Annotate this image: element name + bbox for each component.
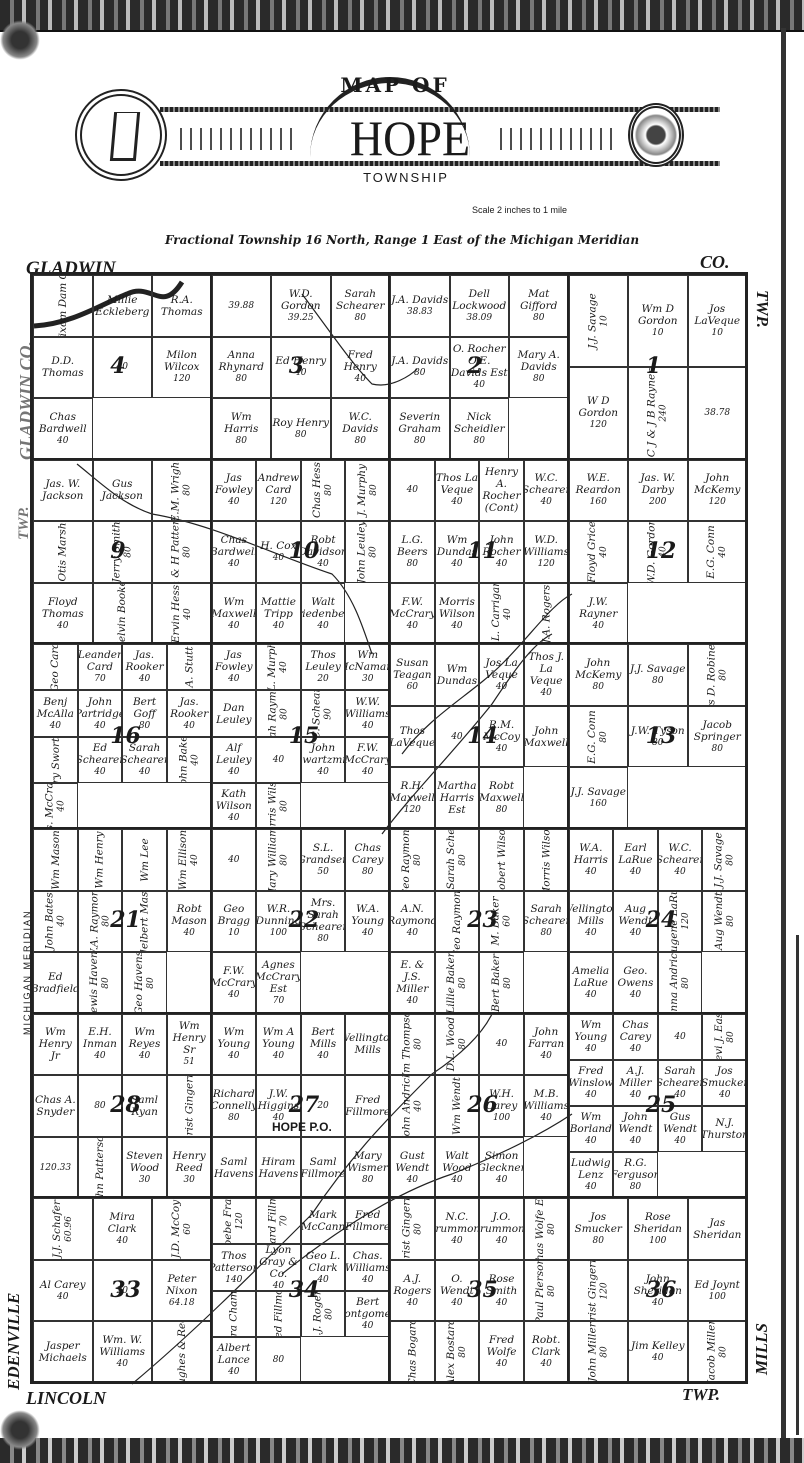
parcel-owner: Mattie Tripp <box>257 596 300 620</box>
parcel-owner: Wellington Mills <box>569 903 614 927</box>
parcel: Hughes & Reed <box>152 1321 211 1382</box>
parcel: D.L. Wood80 <box>435 1014 480 1076</box>
parcel-acres: 80 <box>412 829 424 891</box>
parcel: Dell Lockwood38.09 <box>450 275 510 337</box>
parcel: Wm Dundas <box>435 644 480 706</box>
parcel-acres: 140 <box>212 1274 257 1286</box>
section-number: 24 <box>646 907 677 933</box>
parcel-owner: John Leuley <box>356 521 368 583</box>
parcel-acres: 40 <box>674 1031 685 1043</box>
parcel-owner: E.G. Conn <box>705 525 717 579</box>
parcel-acres: 40 <box>436 1174 479 1186</box>
parcel: Thos La Veque40 <box>435 460 480 522</box>
parcel-owner: Bert Baker <box>490 954 502 1012</box>
parcel-owner: Chas Bardwell <box>34 411 92 435</box>
parcel-owner: Geo Raymond <box>400 829 412 891</box>
parcel-owner: A.J. Rogers <box>391 1273 434 1297</box>
parcel: M.B. Williams40 <box>524 1075 568 1137</box>
parcel-acres: 40 <box>345 766 389 778</box>
parcel-owner: A.N. Raymond <box>390 903 435 927</box>
parcel-owner: Hiram Havens <box>257 1156 300 1180</box>
parcel-acres: 40 <box>212 989 257 1001</box>
parcel: Morris Wilson <box>524 829 568 891</box>
parcel: Henry A. Rocher (Cont) <box>479 460 524 522</box>
parcel: Roy Henry80 <box>271 398 331 459</box>
parcel: Christ Gingerich80 <box>390 1198 435 1260</box>
parcel-owner: Christ Gingerich <box>183 1075 195 1137</box>
parcel: Bert Baker80 <box>479 952 524 1013</box>
parcel-owner: Bert Goff <box>123 696 166 720</box>
parcel-owner: L.G. Beers <box>391 534 434 558</box>
parcel-owner: Sarah Schearer <box>658 1065 703 1089</box>
parcel-acres: 160 <box>571 798 626 810</box>
parcel: W.D. Williams120 <box>524 521 568 583</box>
parcel: Floyd Grice40 <box>569 521 629 583</box>
parcel-owner: Mrs D. Robinette <box>705 644 717 706</box>
parcel-owner: Wm Young <box>570 1019 613 1043</box>
parcel-acres: 40 <box>213 766 256 778</box>
parcel-owner: Severin Graham <box>391 411 449 435</box>
section-4: Wixom Dam CoMillie EcklebergR.A. ThomasD… <box>32 274 211 459</box>
parcel: Martha Harris Est <box>435 767 480 828</box>
section-number: 33 <box>110 1277 141 1303</box>
parcel-acres: 70 <box>278 1198 290 1244</box>
parcel-acres: 40 <box>213 1366 256 1378</box>
section-15: Jas Fowley40J.L. Murphy40Thos Leuley20Wm… <box>211 643 390 828</box>
parcel-owner: Chas Carey <box>614 1019 657 1043</box>
parcel: Benj McAlla40 <box>33 690 78 736</box>
parcel-acres: 80 <box>368 464 380 516</box>
parcel-acres: 40 <box>502 583 514 644</box>
parcel-owner: Wm Harris <box>213 411 271 435</box>
parcel: 38.78 <box>688 367 747 458</box>
parcel-acres: 80 <box>182 521 194 583</box>
parcel-owner: F.W. McCrary <box>345 742 389 766</box>
parcel-owner: Sarah Schearer <box>332 288 390 312</box>
parcel-acres: 80 <box>630 675 685 687</box>
parcel: J.A. Rogers <box>524 583 568 644</box>
parcel-owner: Thos La Veque <box>436 472 479 496</box>
parcel: John McKemy120 <box>688 460 747 522</box>
parcel-owner: Mat Gifford <box>510 288 568 312</box>
parcel-owner: Ervin Hess <box>170 584 182 642</box>
parcel-acres: 10 <box>689 327 747 339</box>
parcel-owner: R.A. Thomas <box>153 294 211 318</box>
parcel-acres: 80 <box>272 429 329 441</box>
parcel-owner: J.A. Davids <box>391 355 448 367</box>
parcel: Fred Fillmore <box>345 1198 389 1244</box>
parcel-acres: 40 <box>273 754 284 766</box>
parcel-acres: 40 <box>40 1291 86 1303</box>
parcel: Wm Maxwell40 <box>212 583 257 644</box>
parcel: J.D. McCoy60 <box>152 1198 211 1260</box>
parcel-owner: Wm Ellison <box>177 830 189 890</box>
parcel: Wm Henry Sr51 <box>167 1014 211 1076</box>
parcel-owner: Geo L. Clark <box>302 1250 345 1274</box>
parcel-owner: Al Carey <box>40 1279 86 1291</box>
section-number: 16 <box>110 723 141 749</box>
parcel-owner: Wm Mason <box>49 830 61 890</box>
parcel-acres: 40 <box>480 681 523 693</box>
parcel-owner: Alf Leuley <box>213 742 256 766</box>
parcel-owner: J.O. Drummond <box>479 1211 524 1235</box>
parcel: Agnes McCrary Est70 <box>256 952 301 1013</box>
parcel-acres: 40 <box>569 1089 614 1101</box>
parcel-owner: J.L. Murphy <box>266 644 278 690</box>
parcel-owner: W D Gordon <box>570 395 628 419</box>
parcel-acres: 40 <box>168 720 211 732</box>
parcel-owner: Ludwig Lenz <box>570 1157 613 1181</box>
parcel: Kath Wilson40 <box>212 783 257 828</box>
parcel: Jas. Rooker40 <box>122 644 167 690</box>
parcel-owner: Walt Wood <box>436 1150 479 1174</box>
parcel: Wm Lee <box>122 829 167 891</box>
parcel-acres: 120 <box>680 891 692 953</box>
parcel-owner: Geo Card <box>49 644 61 690</box>
parcel-acres: 80 <box>278 829 290 891</box>
parcel-acres: 80 <box>680 952 692 1013</box>
parcel-acres: 80 <box>332 312 390 324</box>
section-number: 34 <box>289 1277 320 1303</box>
parcel: R.G. Ferguson80 <box>613 1152 658 1197</box>
section-number: 4 <box>110 353 125 379</box>
parcel-acres: 80 <box>212 1112 257 1124</box>
parcel-owner: Geo Havens <box>133 952 145 1013</box>
parcel-acres: 38.78 <box>704 407 730 419</box>
parcel-owner: Fred Fillmore <box>345 1209 389 1233</box>
parcel: Al Carey40 <box>33 1260 93 1322</box>
parcel: Geo Havens80 <box>122 952 167 1013</box>
parcel-acres: 40 <box>301 620 346 632</box>
parcel-acres: 120 <box>570 419 628 431</box>
parcel: J.L. Carrigan40 <box>479 583 524 644</box>
parcel-acres: 80 <box>301 933 346 945</box>
parcel-owner: Floyd Grice <box>586 521 598 583</box>
parcel-owner: Milon Wilcox <box>153 349 211 373</box>
parcel-owner: Jas Fowley <box>213 649 256 673</box>
parcel-acres: 10 <box>629 327 687 339</box>
parcel-acres: 80 <box>598 1322 610 1381</box>
parcel-owner: Mary Williams <box>266 829 278 891</box>
parcel-acres: 90 <box>323 690 335 736</box>
parcel: Gus Jackson <box>93 460 153 522</box>
section-36: Jos Smucker80Rose Sheridan100Jas Sherida… <box>568 1197 747 1382</box>
parcel: Ed Bradfield <box>33 952 78 1013</box>
section-33: J.J. Schafer60.96Mira Clark40J.D. McCoy6… <box>32 1197 211 1382</box>
township-map: Wixom Dam CoMillie EcklebergR.A. ThomasD… <box>30 272 748 1384</box>
parcel-owner: Phoebe Fraser <box>222 1198 234 1244</box>
parcel-acres: 40 <box>55 893 67 950</box>
parcel-acres: 40 <box>212 620 257 632</box>
parcel-owner: Thos J. La Veque <box>525 651 568 687</box>
parcel: Wm Ellison40 <box>167 829 211 891</box>
parcel-owner: Anna Rhynard <box>213 349 271 373</box>
section-16: Geo CardLeander Card70Jas. Rooker40A. St… <box>32 643 211 828</box>
decorative-border-bottom <box>0 1438 804 1463</box>
parcel: Mira Clark40 <box>93 1198 153 1260</box>
ornament-ticks <box>500 128 620 150</box>
parcel-owner: Jos Smucker <box>702 1065 746 1089</box>
parcel-owner: Wm Reyes <box>123 1026 166 1050</box>
parcel: R.A. Thomas <box>152 275 211 337</box>
parcel: Wm Young40 <box>212 1014 257 1076</box>
parcel: Lewis Havens80 <box>78 952 123 1013</box>
parcel-owner: Jas. W. Jackson <box>34 478 92 502</box>
parcel-acres: 60.96 <box>63 1200 75 1258</box>
parcel-owner: Jas. Rooker <box>168 696 211 720</box>
parcel-owner: A. Stutt <box>183 647 195 688</box>
parcel-acres: 80 <box>278 783 290 828</box>
label-south-west: EDENVILLE <box>4 1293 24 1390</box>
parcel: J.J. Savage80 <box>702 829 746 891</box>
parcel-acres: 40 <box>301 766 346 778</box>
parcel: Dan Leuley <box>212 690 257 736</box>
parcel-owner: Geo Raymond <box>451 891 463 953</box>
parcel-acres: 38.09 <box>451 312 509 324</box>
label-south-east: TWP. <box>682 1385 720 1405</box>
parcel: Leander Card70 <box>78 644 123 690</box>
parcel-owner: Wixom Dam Co <box>57 275 69 337</box>
parcel-owner: R.G. Ferguson <box>613 1157 658 1181</box>
parcel-owner: R.H. Maxwell <box>390 780 435 804</box>
parcel-owner: Wm. W. Williams <box>94 1334 152 1358</box>
parcel-acres: 40 <box>182 584 194 642</box>
parcel: Jas Sheridan <box>688 1198 747 1260</box>
parcel-owner: Wellington Mills <box>345 1032 389 1056</box>
parcel-acres: 39.25 <box>272 312 330 324</box>
parcel-owner: Paul Pierson <box>534 1260 546 1322</box>
section-26: Wm Thompson80D.L. Wood8040John Farran40J… <box>389 1013 568 1198</box>
parcel-acres: 80 <box>479 804 524 816</box>
parcel: Sarah Schearer80 <box>331 275 390 337</box>
parcel: Wm Henry <box>78 829 123 891</box>
parcel-owner: Sarah Raymond <box>266 690 278 736</box>
parcel: Floyd Thomas40 <box>33 583 93 644</box>
parcel: Mat Gifford80 <box>509 275 568 337</box>
corner-ornament <box>0 1410 40 1450</box>
parcel-owner: W.D. Williams <box>524 534 568 558</box>
parcel-acres: 64.18 <box>153 1297 211 1309</box>
parcel-owner: Wm Thompson <box>400 1014 412 1076</box>
parcel: W.A. Young40 <box>345 891 389 953</box>
parcel-acres: 40 <box>407 484 418 496</box>
parcel-acres: 40 <box>189 830 201 890</box>
parcel-owner: Melvin Booker <box>116 583 128 644</box>
map-of-label: MAP OF <box>340 73 450 97</box>
parcel: Thos J. La Veque40 <box>524 644 568 706</box>
parcel-acres: 40 <box>278 644 290 690</box>
parcel: W.E. Reardon160 <box>569 460 629 522</box>
parcel-acres: 80 <box>273 1354 284 1366</box>
parcel-acres: 40 <box>717 525 729 579</box>
parcel: A. Stutt <box>167 644 211 690</box>
parcel-acres: 40 <box>570 1181 613 1193</box>
parcel-owner: Jas. W. Darby <box>629 472 687 496</box>
section-number: 9 <box>110 538 125 564</box>
parcel: D.D. Thomas <box>33 337 93 399</box>
parcel: Christ Gingerich <box>167 1075 211 1137</box>
parcel: Jos La Veque40 <box>479 644 524 706</box>
parcel: Wm Reyes40 <box>122 1014 167 1076</box>
parcel-acres: 40 <box>346 927 389 939</box>
parcel: E.G. Conn40 <box>688 521 747 583</box>
parcel-acres: 40 <box>451 731 462 743</box>
parcel-acres: 40 <box>614 1135 657 1147</box>
parcel: 40 <box>212 829 257 891</box>
parcel-acres: 80 <box>689 743 747 755</box>
parcel: W.W. Williams40 <box>345 690 389 736</box>
section-3: 39.88W.D. Gordon39.25Sarah Schearer80Ann… <box>211 274 390 459</box>
parcel-owner: Jas. McCrary <box>43 783 55 828</box>
parcel-acres: 120 <box>524 558 568 570</box>
parcel-acres: 80 <box>391 558 434 570</box>
parcel-owner: A.J. Miller <box>614 1065 657 1089</box>
parcel-owner: F.W. McCrary <box>390 596 435 620</box>
parcel-acres: 40 <box>570 620 628 632</box>
parcel-acres: 51 <box>168 1056 211 1068</box>
parcel: Mark McCann <box>301 1198 346 1244</box>
parcel: Severin Graham80 <box>390 398 450 459</box>
parcel-acres: 39.88 <box>228 300 254 312</box>
parcel-owner: John Maxwell <box>524 725 568 749</box>
corner-ornament <box>0 20 40 60</box>
parcel-acres: 40 <box>524 1112 568 1124</box>
parcel-owner: Jos Smucker <box>570 1211 628 1235</box>
parcel: Jos Smucker80 <box>569 1198 629 1260</box>
parcel-owner: Wm Lee <box>139 838 151 882</box>
parcel-owner: Susan Teagan <box>391 657 434 681</box>
parcel: W.C. Schearer40 <box>658 829 703 891</box>
parcel-acres: 40 <box>598 521 610 583</box>
parcel-acres: 80 <box>368 521 380 583</box>
parcel-acres: 40 <box>479 1235 524 1247</box>
parcel: J.A. Davids38.83 <box>390 275 450 337</box>
parcel: W.D. Gordon39.25 <box>271 275 331 337</box>
parcel-acres: 100 <box>695 1291 740 1303</box>
parcel-owner: Geo. Owens <box>614 965 657 989</box>
parcel: Hiram Havens <box>256 1137 301 1198</box>
parcel-acres: 60 <box>182 1200 194 1258</box>
parcel-owner: F.W. McCrary <box>212 965 257 989</box>
section-number: 36 <box>646 1277 677 1303</box>
parcel-owner: Thos LaVeque <box>390 725 435 749</box>
parcel-acres: 120 <box>234 1198 246 1244</box>
parcel: John Miller80 <box>569 1321 629 1382</box>
parcel: Geo. Owens40 <box>613 952 658 1013</box>
parcel-acres: 40 <box>496 1038 507 1050</box>
parcel-acres: 40 <box>525 687 568 699</box>
parcel: Geo Card <box>33 644 78 690</box>
parcel-acres: 40 <box>212 558 257 570</box>
parcel: Chas Wolfe Est80 <box>524 1198 568 1260</box>
parcel-owner: Fred Fillmore <box>345 1094 389 1118</box>
parcel-acres: 80 <box>502 954 514 1012</box>
parcel-owner: J.A. Rogers <box>540 584 552 643</box>
parcel-owner: Wm Henry <box>94 831 106 888</box>
parcel-owner: Thos Patterson <box>212 1250 257 1274</box>
parcel-owner: Martha Harris Est <box>436 780 479 816</box>
parcel: J.L. Murphy40 <box>256 644 301 690</box>
parcel: John Leuley80 <box>345 521 389 583</box>
parcel-owner: Elmira Chambers <box>228 1291 240 1337</box>
parcel: Alex Bostard80 <box>435 1321 480 1382</box>
parcel: Morris Wilson80 <box>256 783 301 828</box>
parcel-acres: 40 <box>436 620 479 632</box>
parcel-acres: 40 <box>614 989 657 1001</box>
parcel: Mattie Tripp40 <box>256 583 301 644</box>
parcel-owner: Chas. Williams <box>345 1250 389 1274</box>
section-35: Christ Gingerich80N.C. Drummond40J.O. Dr… <box>389 1197 568 1382</box>
parcel-acres: 40 <box>412 1075 424 1137</box>
parcel-owner: Bert Montgomery <box>345 1296 389 1320</box>
parcel-acres: 30 <box>123 1174 166 1186</box>
parcel-owner: Wm Maxwell <box>212 596 257 620</box>
parcel-acres: 80 <box>457 829 469 891</box>
label-east-upper: TWP. <box>752 290 772 328</box>
parcel: W D Gordon120 <box>569 367 629 458</box>
parcel-owner: Fred Winslow <box>569 1065 614 1089</box>
parcel: Thos LaVeque <box>390 706 435 768</box>
parcel-owner: Wm Wendt <box>451 1077 463 1135</box>
parcel: Jas. W. Darby200 <box>628 460 688 522</box>
parcel-acres: 40 <box>451 379 509 391</box>
parcel-acres: 40 <box>631 1352 685 1364</box>
parcel-acres: 40 <box>94 1235 152 1247</box>
parcel: Geo Bragg10 <box>212 891 257 953</box>
parcel-owner: J.W. Rayner <box>570 596 628 620</box>
parcel-acres: 40 <box>391 995 434 1007</box>
section-number: 10 <box>289 538 320 564</box>
parcel: John Maxwell <box>524 706 568 768</box>
parcel-owner: Lyon Gray & Co. <box>257 1244 300 1279</box>
parcel: Jas Fowley40 <box>212 644 257 690</box>
parcel-acres: 80 <box>332 435 390 447</box>
parcel-acres: 40 <box>79 1050 122 1062</box>
ornament-ticks <box>180 128 300 150</box>
parcel: Wm Mason <box>33 829 78 891</box>
parcel: Wm Borland40 <box>569 1106 614 1152</box>
parcel-owner: Jim Kelley <box>631 1340 685 1352</box>
scale-note: Scale 2 inches to 1 mile <box>472 205 567 215</box>
parcel-owner: Earl LaRue <box>614 842 657 866</box>
section-number: 11 <box>467 538 498 564</box>
parcel: J.W. Rayner40 <box>569 583 629 644</box>
parcel-acres: 120 <box>598 1260 610 1322</box>
parcel-owner: Floyd Thomas <box>34 596 92 620</box>
parcel: Amelia LaRue40 <box>569 952 614 1013</box>
parcel-acres: 200 <box>629 496 687 508</box>
parcel-owner: Roy Henry <box>272 417 329 429</box>
parcel-acres: 80 <box>457 1321 469 1382</box>
parcel: R.H. Maxwell120 <box>390 767 435 828</box>
parcel: J.J. Savage80 <box>628 644 688 706</box>
parcel: C J & J B Rayner240 <box>628 367 688 458</box>
parcel: John Farran40 <box>524 1014 568 1076</box>
parcel: Wixom Dam Co <box>33 275 93 337</box>
parcel-owner: E.M. Wright <box>170 460 182 522</box>
parcel-owner: Kath Wilson <box>213 788 256 812</box>
parcel-acres: 60 <box>391 681 434 693</box>
parcel-owner: Andrew Card <box>257 472 300 496</box>
parcel-acres: 80 <box>570 681 628 693</box>
parcel: Henry Reed30 <box>167 1137 211 1198</box>
parcel-acres: 40 <box>480 1358 523 1370</box>
parcel: Bert Montgomery40 <box>345 1291 389 1337</box>
parcel: Albert Lance40 <box>212 1337 257 1382</box>
parcel-owner: E. & J.S. Miller <box>391 959 434 995</box>
parcel-owner: Saml Fillmore <box>301 1156 346 1180</box>
parcel: E.H. Inman40 <box>78 1014 123 1076</box>
